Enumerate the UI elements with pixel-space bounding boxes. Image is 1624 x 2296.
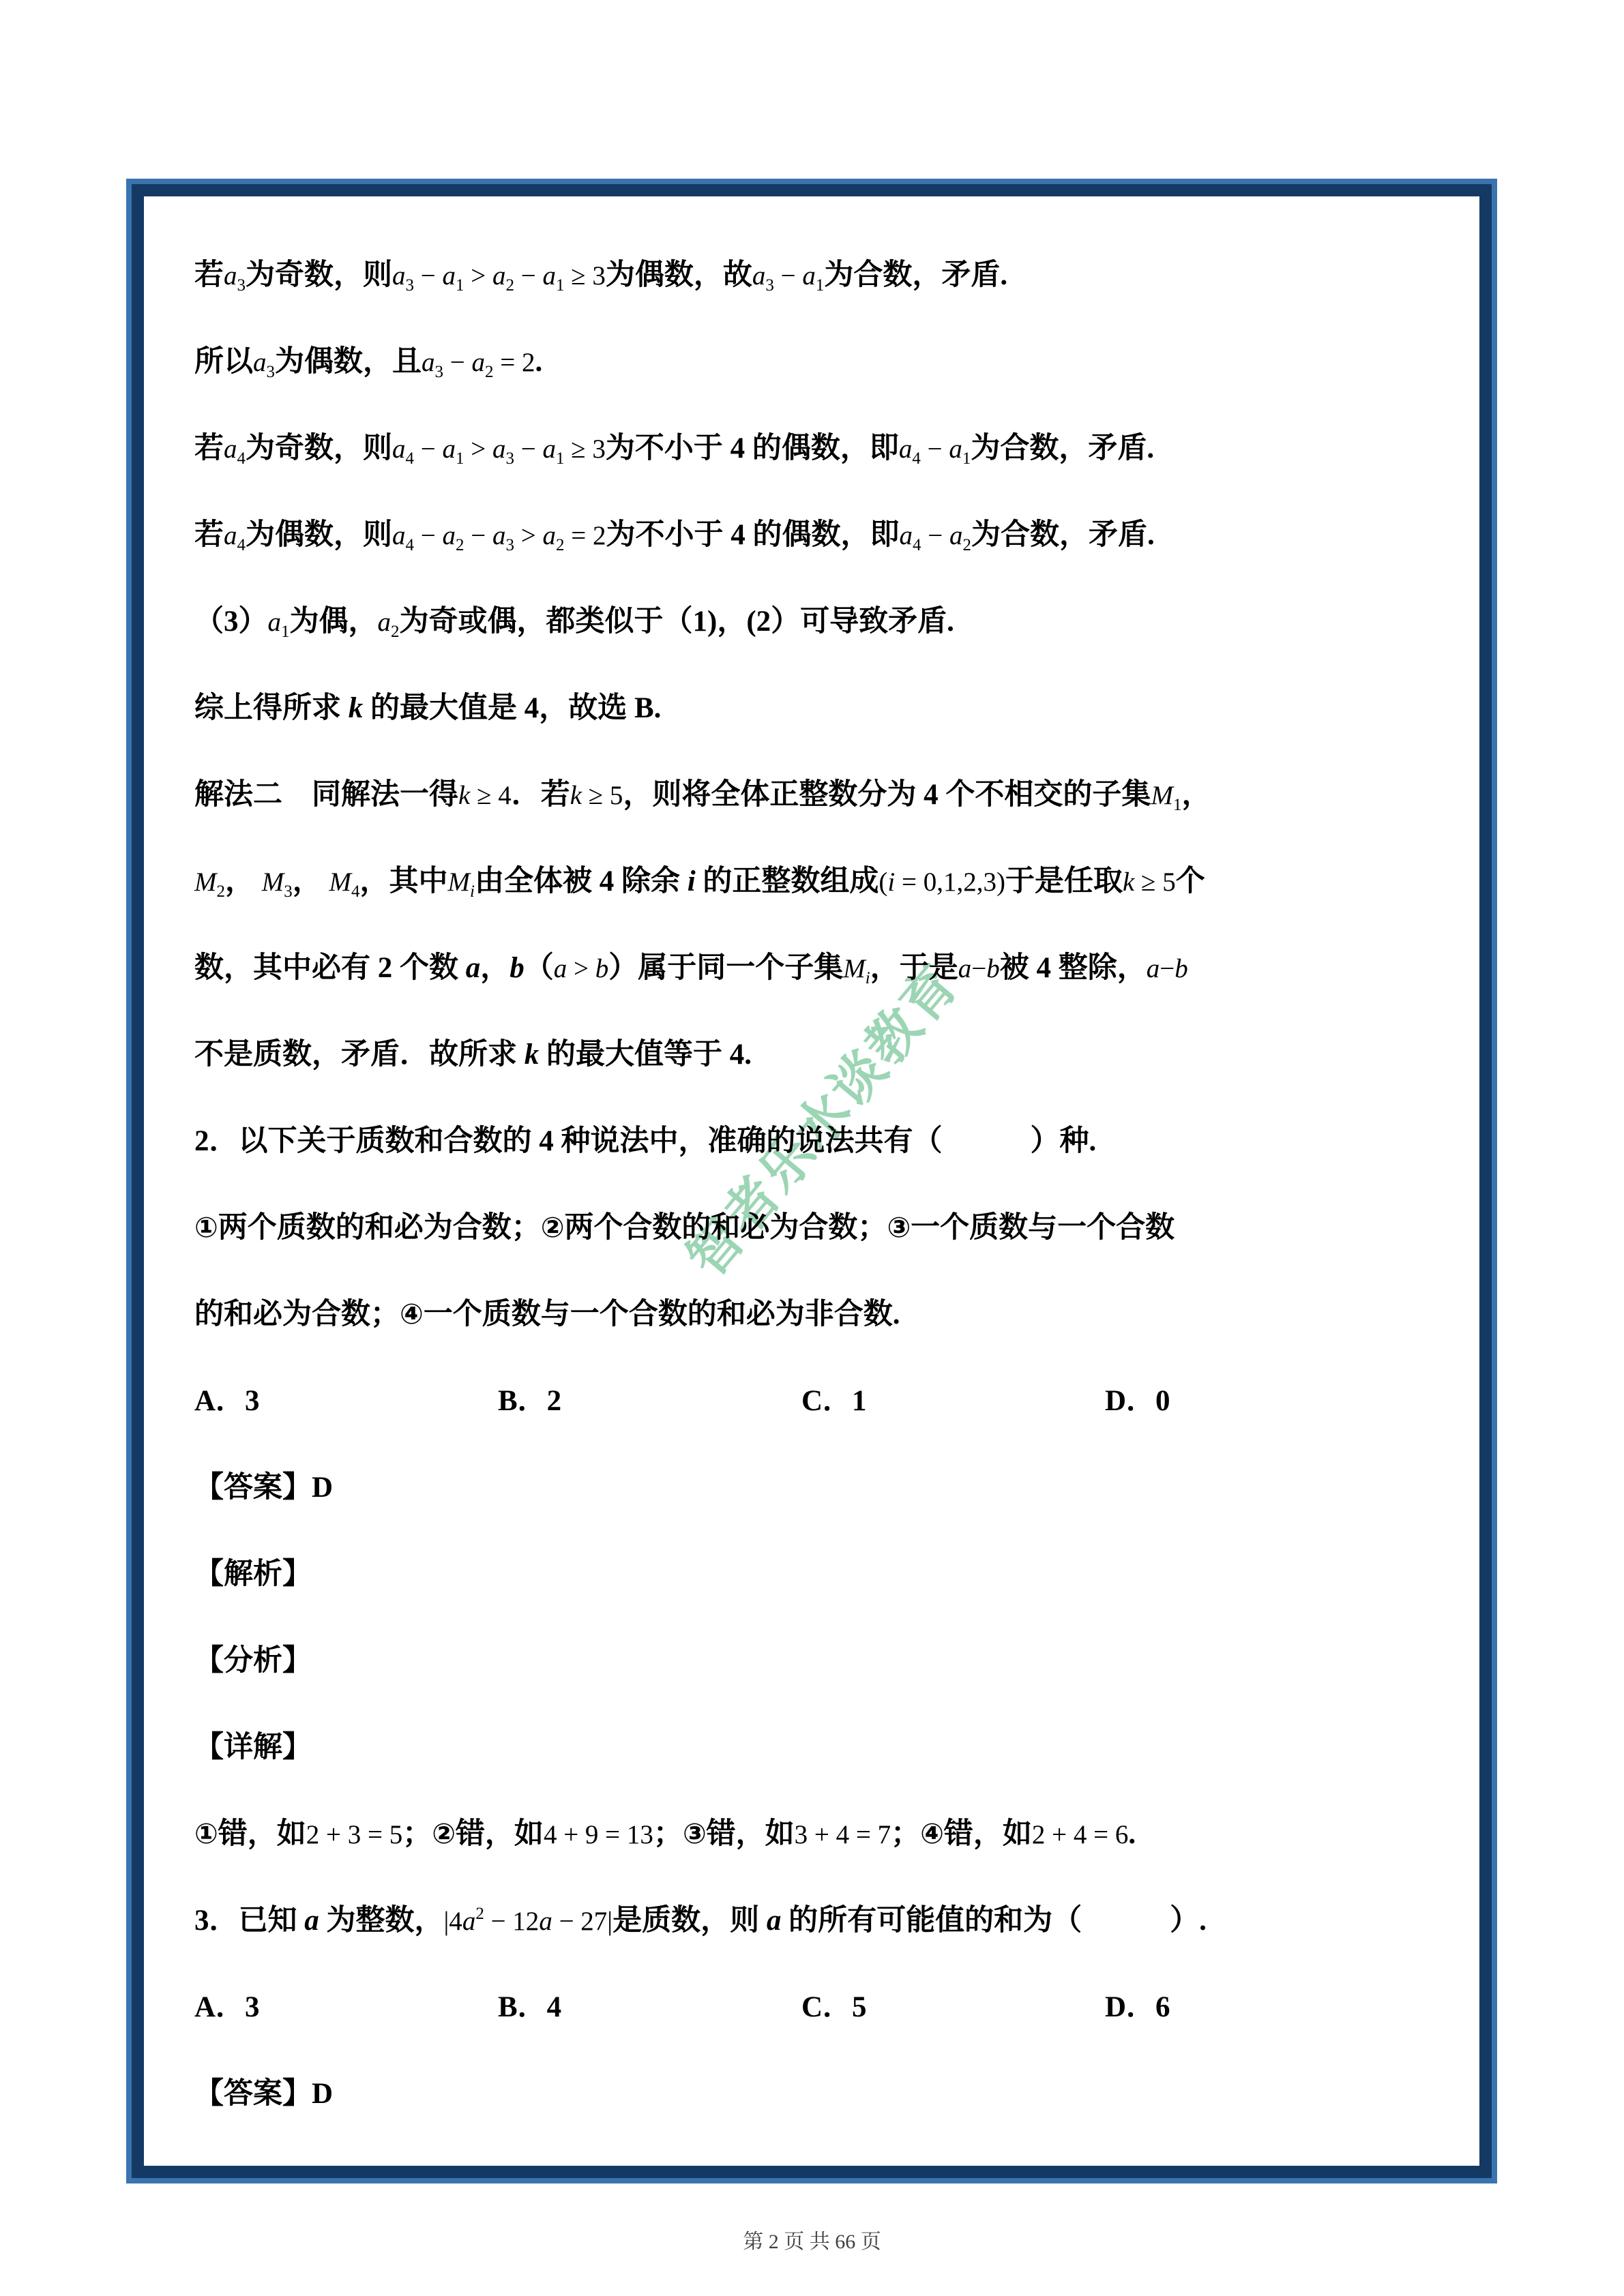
solution-line-5: （3）a1为偶，a2为奇或偶，都类似于（1)，(2）可导致矛盾.	[194, 578, 1459, 665]
page-border-outer: 若a3为奇数，则a3 − a1 > a2 − a1 ≥ 3为偶数，故a3 − a…	[126, 179, 1497, 2183]
solution-line-6: 综上得所求 k 的最大值是 4，故选 B.	[194, 665, 1459, 751]
question2-answer: 【答案】D	[194, 1444, 1459, 1531]
solution-line-4: 若a4为偶数，则a4 − a2 − a3 > a2 = 2为不小于 4 的偶数，…	[194, 492, 1459, 578]
question3-stem: 3．已知 a 为整数，|4a2 − 12a − 27|是质数，则 a 的所有可能…	[194, 1877, 1459, 1964]
answer-option: A．3	[194, 1964, 498, 2051]
section-xiangjie: 【详解】	[194, 1704, 1459, 1791]
answer-option: D．0	[1105, 1358, 1408, 1444]
solution-line-2: 所以a3为偶数，且a3 − a2 = 2.	[194, 318, 1459, 405]
page-border-inner: 若a3为奇数，则a3 − a1 > a2 − a1 ≥ 3为偶数，故a3 − a…	[132, 184, 1492, 2178]
question2-statements-2: 的和必为合数；④一个质数与一个合数的和必为非合数.	[194, 1271, 1459, 1358]
question2-options: A．3B．2C．1D．0	[194, 1358, 1459, 1444]
document-content: 若a3为奇数，则a3 − a1 > a2 − a1 ≥ 3为偶数，故a3 − a…	[194, 232, 1459, 2137]
solution-line-3: 若a4为奇数，则a4 − a1 > a3 − a1 ≥ 3为不小于 4 的偶数，…	[194, 405, 1459, 492]
solution2-line-2: M2， M3， M4，其中Mi由全体被 4 除余 i 的正整数组成(i = 0,…	[194, 838, 1459, 925]
answer-option: C．5	[801, 1964, 1105, 2051]
answer-option: B．4	[498, 1964, 801, 2051]
answer-option: B．2	[498, 1358, 801, 1444]
question2-stem: 2．以下关于质数和合数的 4 种说法中，准确的说法共有（ ）种.	[194, 1098, 1459, 1184]
solution2-line-3: 数，其中必有 2 个数 a，b（a > b）属于同一个子集Mi，于是a−b被 4…	[194, 925, 1459, 1011]
section-fenxi: 【分析】	[194, 1617, 1459, 1704]
document-page: 智者乐水谈教育 若a3为奇数，则a3 − a1 > a2 − a1 ≥ 3为偶数…	[0, 0, 1624, 2296]
answer-option: C．1	[801, 1358, 1105, 1444]
footer-page-number: 第 2 页 共 66 页	[0, 2224, 1624, 2254]
answer-option: D．6	[1105, 1964, 1408, 2051]
solution2-line-1: 解法二 同解法一得k ≥ 4．若k ≥ 5，则将全体正整数分为 4 个不相交的子…	[194, 751, 1459, 838]
solution2-line-4: 不是质数，矛盾．故所求 k 的最大值等于 4.	[194, 1011, 1459, 1098]
question2-statements-1: ①两个质数的和必为合数；②两个合数的和必为合数；③一个质数与一个合数	[194, 1184, 1459, 1271]
question2-explanation: ①错，如2 + 3 = 5；②错，如4 + 9 = 13；③错，如3 + 4 =…	[194, 1791, 1459, 1877]
section-jiexi: 【解析】	[194, 1531, 1459, 1617]
answer-option: A．3	[194, 1358, 498, 1444]
solution-line-1: 若a3为奇数，则a3 − a1 > a2 − a1 ≥ 3为偶数，故a3 − a…	[194, 232, 1459, 318]
question3-answer: 【答案】D	[194, 2051, 1459, 2137]
question3-options: A．3B．4C．5D．6	[194, 1964, 1459, 2051]
